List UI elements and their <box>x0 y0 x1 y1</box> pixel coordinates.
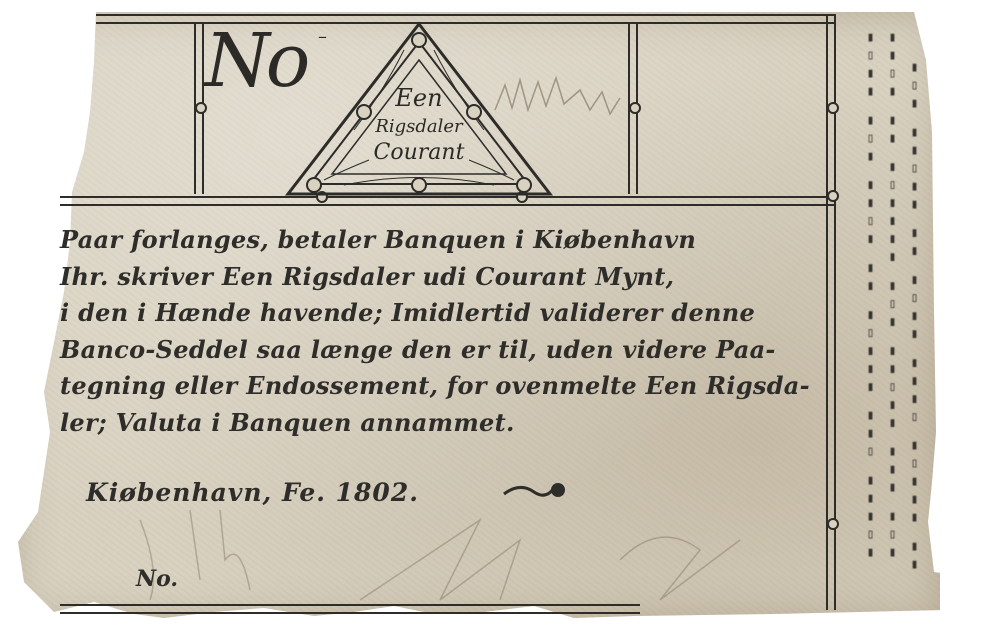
flourish-ornament-icon <box>500 478 570 502</box>
side-text-column: ▮▯▮▮ ▮▯▮ ▮▮▯▮ ▮▮ ▮▯▮▮▮ ▮▮▯ ▮▮▮▯▮ ▮▯ ▮▮▮ … <box>864 30 878 590</box>
side-text-column: ▮▯▮ ▮▮▯▮▮ ▮▮ ▮▯▮▮ ▮▮▮▯ ▮▯▮▮▮ ▮▮ ▮▯▮ ▮▮▯▮… <box>908 60 922 580</box>
side-text-strip: ▮▯▮▮ ▮▯▮ ▮▮▯▮ ▮▮ ▮▯▮▮▮ ▮▮▯ ▮▮▮▯▮ ▮▯ ▮▮▮ … <box>858 30 928 590</box>
frame-knot <box>827 102 839 114</box>
pencil-signatures <box>100 500 800 610</box>
body-line: ler; Valuta i Banquen annammet. <box>60 405 840 442</box>
body-line: Paar forlanges, betaler Banquen i Kiøben… <box>60 222 840 259</box>
side-text-column: ▮▮▯▮ ▮▮ ▮▯▮▮▮▮ ▮▯▮ ▮▮▯▮▮ ▮▮▮ ▮▯▮ ▮▮▯▮▮▮ … <box>886 30 900 590</box>
banknote-body-text: Paar forlanges, betaler Banquen i Kiøben… <box>60 222 840 441</box>
body-line: i den i Hænde havende; Imidlertid valide… <box>60 295 840 332</box>
body-line: tegning eller Endossement, for ovenmelte… <box>60 368 840 405</box>
body-line: Banco-Seddel saa længe den er til, uden … <box>60 332 840 369</box>
serial-number-label: No. <box>136 566 178 592</box>
pencil-annotation-top <box>490 70 630 130</box>
body-line: Ihr. skriver Een Rigsdaler udi Courant M… <box>60 259 840 296</box>
frame-knot <box>827 190 839 202</box>
denomination-line-3: Courant <box>284 140 554 165</box>
frame-knot <box>629 102 641 114</box>
frame-knot <box>827 518 839 530</box>
